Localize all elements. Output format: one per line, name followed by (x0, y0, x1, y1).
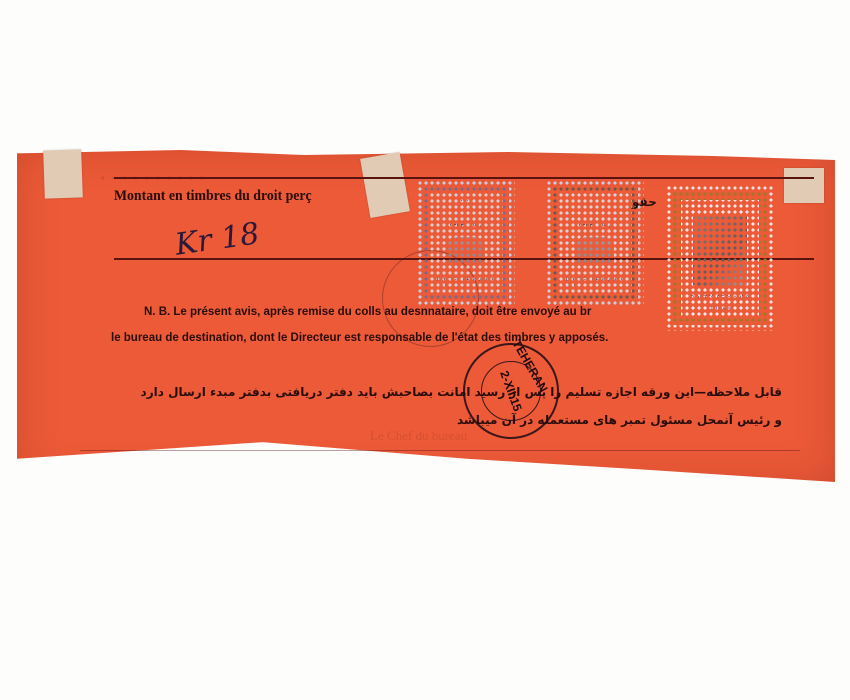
stamp-toman: POSTES PERSANES TOMAN (666, 185, 774, 331)
tape-right (784, 168, 824, 203)
nb-line-1: N. B. Le présent avis, après remise du c… (144, 306, 591, 318)
tape-left (43, 149, 83, 198)
nb-line-2: le bureau de destination, dont le Direct… (111, 332, 608, 344)
bottom-rule (80, 450, 800, 451)
top-rule (114, 177, 814, 179)
ghost-text: Le Chef du bureau (370, 428, 467, 444)
ghost-text-top: . . . . . . . . . . (100, 160, 205, 186)
stamp-5-kran: ۱۳۳۳ 1914 POSTES PERSANES 5 Kr (546, 180, 644, 306)
amount-heading: Montant en timbres du droit perç (114, 188, 312, 205)
teheran-postmark: 2-XII.15 TEHERAN (463, 343, 559, 439)
persian-line-1: قابل ملاحظه—این ورقه اجازه تسلیم را پس ا… (141, 385, 782, 399)
stamp-3-kran: ۱۳۳۳ ۱۳۳۳ 1914 POSTES PERSANES 3 Kr (417, 180, 515, 306)
